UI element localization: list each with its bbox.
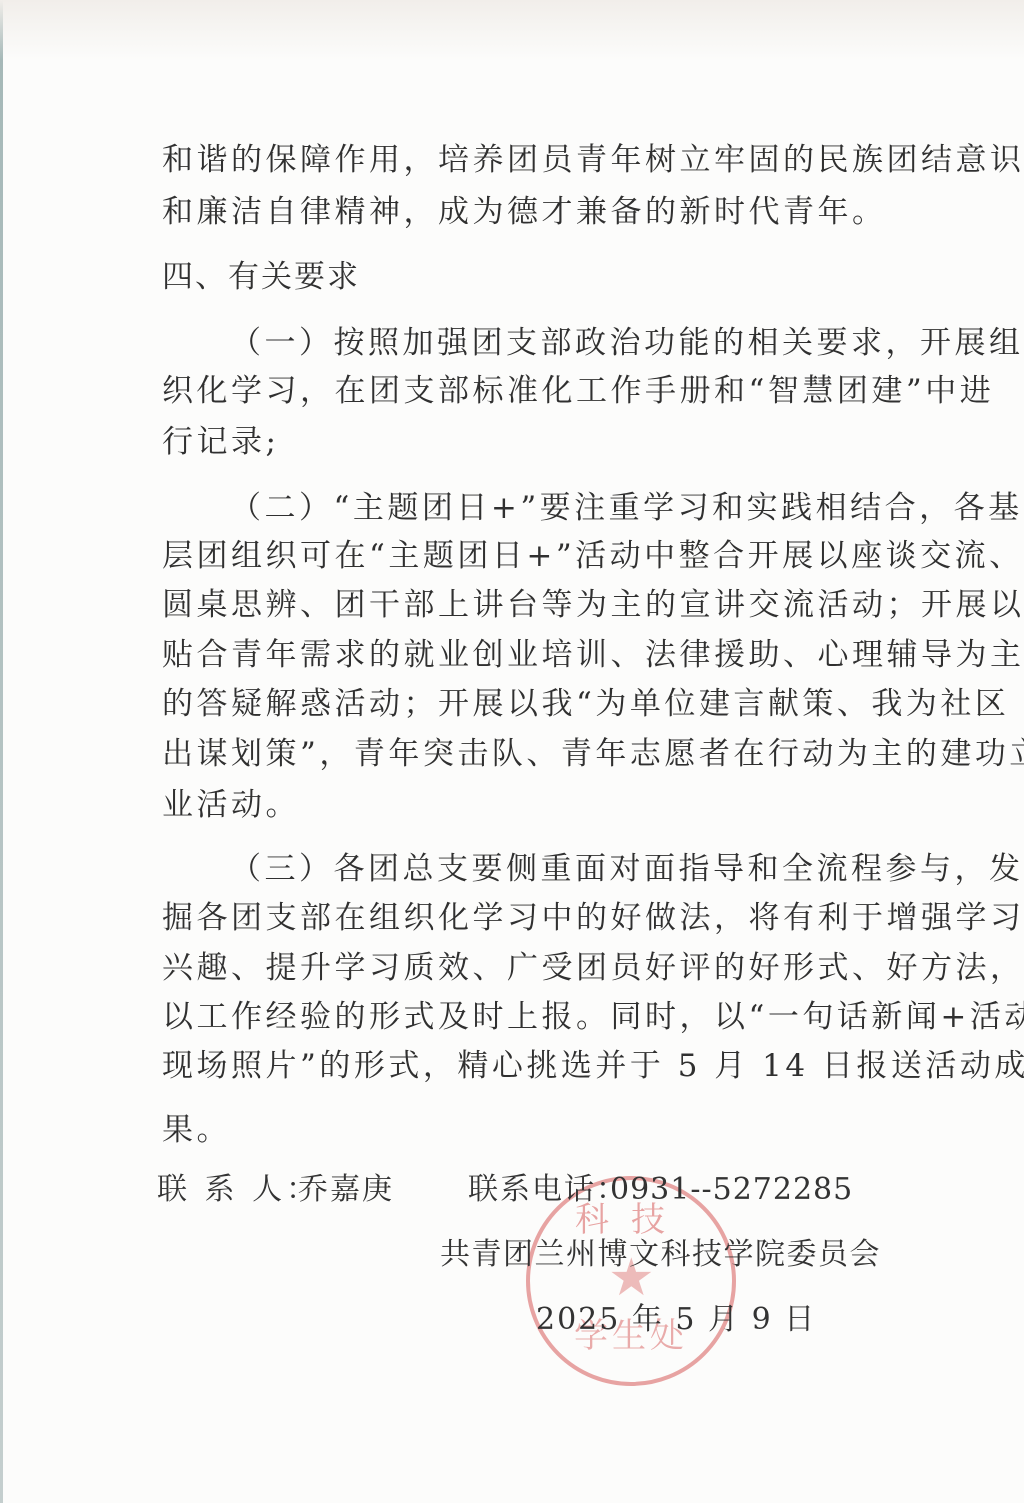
paragraph-line: 织化学习，在团支部标准化工作手册和“智慧团建”中进 [162,371,862,411]
paragraph-line: 行记录; [162,422,862,462]
signature-organization: 共青团兰州博文科技学院委员会 [440,1235,881,1275]
contact-person-label: 联 系 人： [157,1170,320,1210]
page-edge [0,0,3,1503]
paragraph-line: 圆桌思辨、团干部上讲台等为主的宣讲交流活动；开展以 [162,585,862,625]
contact-phone-label: 联系电话： [468,1170,628,1210]
paragraph-line: 现场照片”的形式，精心挑选并于 5 月 14 日报送活动成 [162,1046,862,1086]
paragraph-line: 的答疑解惑活动；开展以我“为单位建言献策、我为社区 [162,684,862,724]
paragraph-line: 和谐的保障作用，培养团员青年树立牢固的民族团结意识 [162,140,862,180]
paragraph-line: 业活动。 [162,785,862,825]
paragraph-line: 出谋划策”，青年突击队、青年志愿者在行动为主的建功立 [162,734,862,774]
paragraph-line: （一）按照加强团支部政治功能的相关要求，开展组 [230,323,930,363]
signature-date: 2025 年 5 月 9 日 [536,1300,816,1340]
paragraph-line: 果。 [162,1110,862,1150]
paragraph-line: 掘各团支部在组织化学习中的好做法，将有利于增强学习 [162,898,862,938]
scan-shadow [0,0,1024,60]
paragraph-line: 层团组织可在“主题团日+”活动中整合开展以座谈交流、 [162,536,862,576]
paragraph-line: 和廉洁自律精神，成为德才兼备的新时代青年。 [162,192,862,232]
section-heading: 四、有关要求 [162,257,862,297]
paragraph-line: （二）“主题团日+”要注重学习和实践相结合，各基 [230,488,930,528]
paragraph-line: 贴合青年需求的就业创业培训、法律援助、心理辅导为主 [162,635,862,675]
contact-person-name: 乔嘉庚 [298,1170,394,1210]
paragraph-line: 兴趣、提升学习质效、广受团员好评的好形式、好方法， [162,948,862,988]
contact-phone: 0931--5272285 [610,1170,853,1210]
paragraph-line: 以工作经验的形式及时上报。同时，以“一句话新闻+活动 [162,997,862,1037]
paragraph-line: （三）各团总支要侧重面对面指导和全流程参与，发 [230,849,930,889]
